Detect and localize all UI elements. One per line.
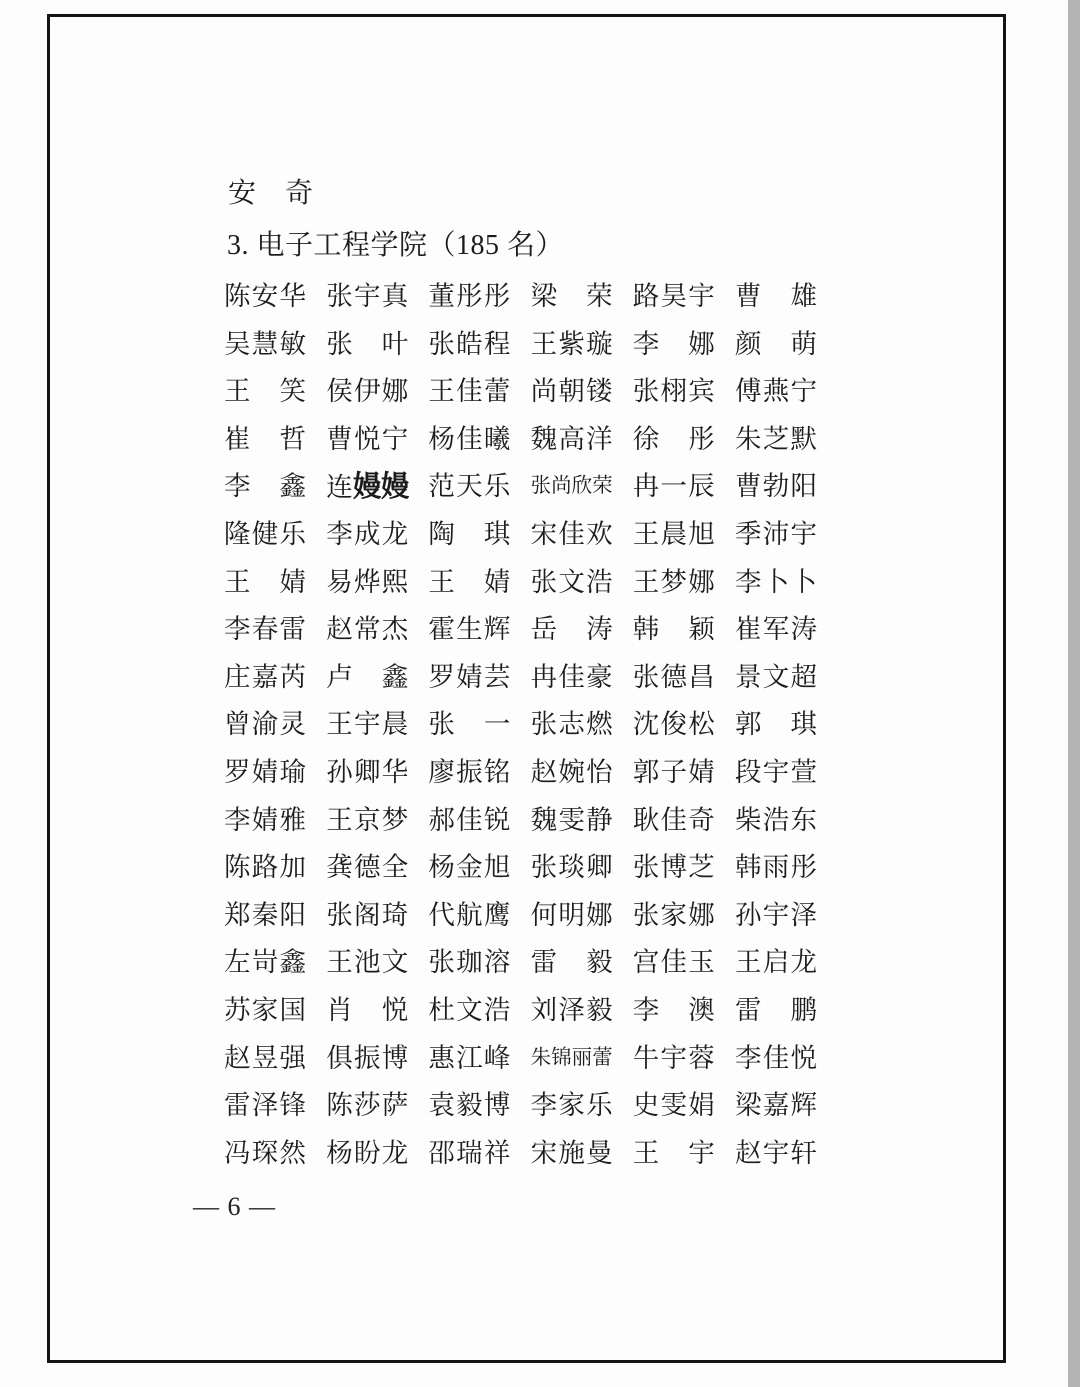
name-cell: 杨盼龙 [326, 1138, 408, 1169]
name-cell: 张德昌 [633, 662, 715, 693]
name-cell: 陶 琪 [428, 519, 510, 550]
name-cell: 王 宇 [633, 1138, 715, 1169]
name-cell: 王紫璇 [531, 329, 613, 360]
name-cell: 罗婧芸 [428, 662, 510, 693]
name-cell: 袁毅博 [428, 1090, 510, 1121]
name-cell: 杨金旭 [428, 852, 510, 883]
name-cell: 陈路加 [224, 852, 306, 883]
name-cell: 梁 荣 [531, 281, 613, 312]
name-cell: 徐 彤 [633, 424, 715, 455]
name-cell: 张志燃 [531, 709, 613, 740]
name-cell: 张珈溶 [428, 947, 510, 978]
name-cell: 张宇真 [326, 281, 408, 312]
name-cell: 王池文 [326, 947, 408, 978]
name-cell: 季沛宇 [735, 519, 817, 550]
name-cell: 王 笑 [224, 376, 306, 407]
roster-row: 王 婧易烨熙王 婧张文浩王梦娜李卜卜 [224, 567, 817, 615]
name-cell: 韩 颖 [633, 614, 715, 645]
name-cell: 沈俊松 [633, 709, 715, 740]
name-cell: 冉一辰 [633, 471, 715, 502]
name-cell: 孙宇泽 [735, 900, 817, 931]
name-cell: 张琰卿 [531, 852, 613, 883]
name-cell: 曹勃阳 [735, 471, 817, 502]
name-cell: 冯琛然 [224, 1138, 306, 1169]
name-cell: 王启龙 [735, 947, 817, 978]
name-cell: 赵婉怡 [531, 757, 613, 788]
name-cell: 廖振铭 [428, 757, 510, 788]
name-cell: 张皓程 [428, 329, 510, 360]
name-cell: 李佳悦 [735, 1043, 817, 1074]
name-cell: 张博芝 [633, 852, 715, 883]
roster-row: 郑秦阳张阁琦代航鹰何明娜张家娜孙宇泽 [224, 900, 817, 948]
name-cell: 史雯娟 [633, 1090, 715, 1121]
name-cell: 杜文浩 [428, 995, 510, 1026]
roster-row: 曾渝灵王宇晨张 一张志燃沈俊松郭 琪 [224, 709, 817, 757]
name-cell: 张阁琦 [326, 900, 408, 931]
name-cell: 崔 哲 [224, 424, 306, 455]
name-cell: 李 鑫 [224, 471, 306, 502]
roster-row: 庄嘉芮卢 鑫罗婧芸冉佳豪张德昌景文超 [224, 662, 817, 710]
name-cell: 易烨熙 [326, 567, 408, 598]
name-cell: 耿佳奇 [633, 805, 715, 836]
name-cell: 邵瑞祥 [428, 1138, 510, 1169]
roster-row: 左岢鑫王池文张珈溶雷 毅宫佳玉王启龙 [224, 947, 817, 995]
name-cell: 王 婧 [224, 567, 306, 598]
roster-row: 隆健乐李成龙陶 琪宋佳欢王晨旭季沛宇 [224, 519, 817, 567]
name-cell: 赵昱强 [224, 1043, 306, 1074]
continued-name-text: 安 奇 [228, 178, 314, 210]
name-cell: 杨佳曦 [428, 424, 510, 455]
name-cell: 岳 涛 [531, 614, 613, 645]
name-cell: 王京梦 [326, 805, 408, 836]
name-cell: 代航鹰 [428, 900, 510, 931]
substituted-glyph: 嫚 [381, 471, 409, 502]
name-cell: 霍生辉 [428, 614, 510, 645]
roster-row: 苏家国肖 悦杜文浩刘泽毅李 澳雷 鹏 [224, 995, 817, 1043]
name-cell: 李婧雅 [224, 805, 306, 836]
name-cell: 李家乐 [531, 1090, 613, 1121]
name-cell: 李 澳 [633, 995, 715, 1026]
name-cell: 魏高洋 [531, 424, 613, 455]
name-cell: 李卜卜 [735, 567, 817, 598]
roster-row: 崔 哲曹悦宁杨佳曦魏高洋徐 彤朱芝默 [224, 424, 817, 472]
name-cell: 陈莎萨 [326, 1090, 408, 1121]
roster-row: 雷泽锋陈莎萨袁毅博李家乐史雯娟梁嘉辉 [224, 1090, 817, 1138]
name-cell: 肖 悦 [326, 995, 408, 1026]
roster-row: 李婧雅王京梦郝佳锐魏雯静耿佳奇柴浩东 [224, 805, 817, 853]
name-cell: 牛宇蓉 [633, 1043, 715, 1074]
name-cell: 景文超 [735, 662, 817, 693]
name-cell: 尚朝镂 [531, 376, 613, 407]
name-cell: 张 叶 [326, 329, 408, 360]
roster-row: 吴慧敏张 叶张皓程王紫璇李 娜颜 萌 [224, 329, 817, 377]
name-cell: 张文浩 [531, 567, 613, 598]
name-cell: 李 娜 [633, 329, 715, 360]
name-cell: 王 婧 [428, 567, 510, 598]
roster-row: 李春雷赵常杰霍生辉岳 涛韩 颖崔军涛 [224, 614, 817, 662]
name-cell: 何明娜 [531, 900, 613, 931]
name-cell: 张家娜 [633, 900, 715, 931]
name-cell: 隆健乐 [224, 519, 306, 550]
name-cell: 颜 萌 [735, 329, 817, 360]
name-cell: 王梦娜 [633, 567, 715, 598]
name-cell: 罗婧瑜 [224, 757, 306, 788]
name-cell: 卢 鑫 [326, 662, 408, 693]
name-cell: 龚德全 [326, 852, 408, 883]
name-cell: 赵宇轩 [735, 1138, 817, 1169]
name-cell: 宋佳欢 [531, 519, 613, 550]
name-cell: 王晨旭 [633, 519, 715, 550]
name-cell: 董彤彤 [428, 281, 510, 312]
roster-row: 李 鑫连嫚嫚范天乐张尚欣荣冉一辰曹勃阳 [224, 471, 817, 519]
name-cell: 雷泽锋 [224, 1090, 306, 1121]
name-cell: 柴浩东 [735, 805, 817, 836]
roster-row: 王 笑侯伊娜王佳蕾尚朝镂张栩宾傅燕宁 [224, 376, 817, 424]
scanned-page: 安 奇 3. 电子工程学院（185 名） 陈安华张宇真董彤彤梁 荣路昊宇曹 雄吴… [0, 0, 1080, 1387]
name-cell: 郭 琪 [735, 709, 817, 740]
name-cell: 曾渝灵 [224, 709, 306, 740]
name-cell: 惠江峰 [428, 1043, 510, 1074]
name-cell: 雷 鹏 [735, 995, 817, 1026]
name-cell: 陈安华 [224, 281, 306, 312]
name-cell: 曹 雄 [735, 281, 817, 312]
name-cell: 宋施曼 [531, 1138, 613, 1169]
name-cell: 侯伊娜 [326, 376, 408, 407]
name-cell: 路昊宇 [633, 281, 715, 312]
name-cell: 李成龙 [326, 519, 408, 550]
name-cell: 郑秦阳 [224, 900, 306, 931]
name-cell: 王佳蕾 [428, 376, 510, 407]
name-cell: 傅燕宁 [735, 376, 817, 407]
name-cell: 苏家国 [224, 995, 306, 1026]
name-cell: 朱锦丽蕾 [531, 1043, 613, 1074]
name-cell: 张 一 [428, 709, 510, 740]
roster-row: 冯琛然杨盼龙邵瑞祥宋施曼王 宇赵宇轩 [224, 1138, 817, 1186]
name-cell: 郝佳锐 [428, 805, 510, 836]
name-cell: 朱芝默 [735, 424, 817, 455]
name-cell: 张尚欣荣 [531, 471, 613, 502]
name-cell: 冉佳豪 [531, 662, 613, 693]
name-cell: 韩雨彤 [735, 852, 817, 883]
name-cell: 雷 毅 [531, 947, 613, 978]
roster-row: 陈安华张宇真董彤彤梁 荣路昊宇曹 雄 [224, 281, 817, 329]
name-cell: 李春雷 [224, 614, 306, 645]
name-cell: 范天乐 [428, 471, 510, 502]
name-cell: 孙卿华 [326, 757, 408, 788]
name-cell: 赵常杰 [326, 614, 408, 645]
name-cell: 左岢鑫 [224, 947, 306, 978]
name-cell: 宫佳玉 [633, 947, 715, 978]
section-heading: 3. 电子工程学院（185 名） [227, 229, 564, 263]
roster-row: 罗婧瑜孙卿华廖振铭赵婉怡郭子婧段宇萱 [224, 757, 817, 805]
name-cell: 梁嘉辉 [735, 1090, 817, 1121]
roster-row: 赵昱强俱振博惠江峰朱锦丽蕾牛宇蓉李佳悦 [224, 1043, 817, 1091]
name-cell: 段宇萱 [735, 757, 817, 788]
scan-edge-strip [1068, 0, 1080, 1387]
name-cell: 庄嘉芮 [224, 662, 306, 693]
name-cell: 刘泽毅 [531, 995, 613, 1026]
substituted-glyph: 嫚 [353, 471, 381, 502]
name-roster: 陈安华张宇真董彤彤梁 荣路昊宇曹 雄吴慧敏张 叶张皓程王紫璇李 娜颜 萌王 笑侯… [224, 281, 817, 1185]
name-cell: 魏雯静 [531, 805, 613, 836]
name-cell: 王宇晨 [326, 709, 408, 740]
name-cell: 郭子婧 [633, 757, 715, 788]
roster-row: 陈路加龚德全杨金旭张琰卿张博芝韩雨彤 [224, 852, 817, 900]
name-cell: 俱振博 [326, 1043, 408, 1074]
name-cell: 连嫚嫚 [326, 471, 408, 503]
name-cell: 吴慧敏 [224, 329, 306, 360]
name-cell: 崔军涛 [735, 614, 817, 645]
page-number: — 6 — [193, 1192, 276, 1222]
name-cell: 张栩宾 [633, 376, 715, 407]
name-cell: 曹悦宁 [326, 424, 408, 455]
